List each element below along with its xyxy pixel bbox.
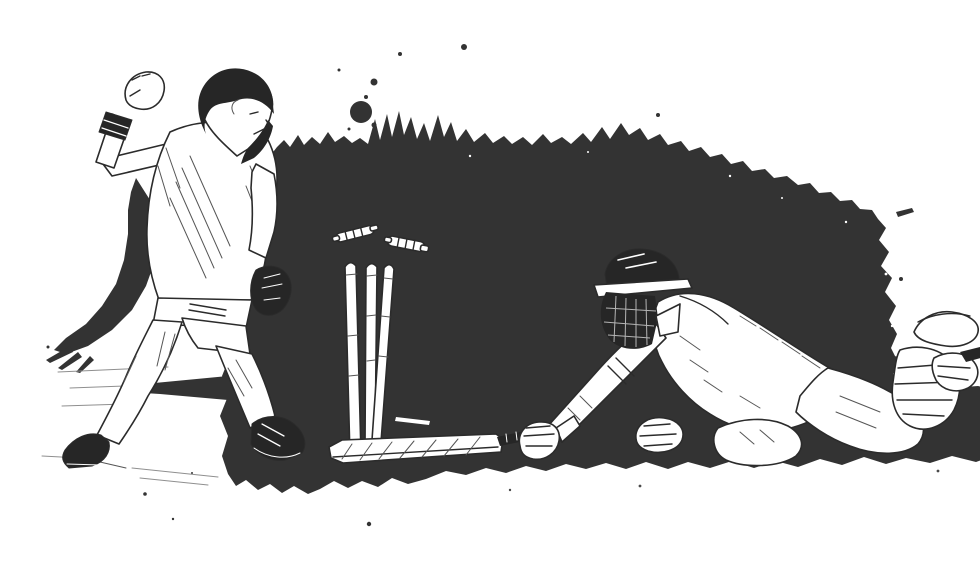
splatter-dot: [367, 522, 371, 526]
splatter-dot: [348, 128, 351, 131]
ground-line: [132, 468, 218, 477]
splatter-dot: [47, 346, 50, 349]
bail-spigot: [370, 225, 379, 232]
white-speck: [885, 273, 888, 276]
white-speck: [845, 221, 847, 223]
white-speck: [587, 151, 589, 153]
splatter-dot: [656, 113, 660, 117]
splatter-dot: [172, 518, 174, 520]
bail-spigot: [332, 235, 340, 242]
splatter-dot: [350, 101, 372, 123]
cricket-illustration: Black-and-white hand-drawn ink sketch of…: [40, 16, 980, 567]
white-speck: [891, 325, 893, 327]
bowler-fist: [125, 72, 164, 109]
white-speck: [729, 175, 731, 177]
batsman-raised-shoe: [914, 312, 978, 347]
dry-brush-streak: [896, 208, 914, 217]
splatter-dot: [191, 472, 193, 474]
splatter-dot: [899, 277, 903, 281]
ground-line: [100, 462, 126, 468]
splatter-dot: [338, 69, 341, 72]
white-speck: [469, 155, 471, 157]
ground-line: [140, 478, 208, 485]
splatter-dot: [372, 123, 377, 128]
gray-speck: [509, 489, 511, 491]
gray-speck: [639, 485, 642, 488]
splatter-dot: [143, 492, 147, 496]
splatter-dot: [398, 52, 402, 56]
bail-spigot: [420, 245, 429, 252]
splatter-dot: [371, 79, 378, 86]
gray-speck: [937, 470, 940, 473]
ink-brush-wedge: [54, 178, 158, 354]
splatter-dot: [364, 95, 368, 99]
white-speck: [781, 197, 783, 199]
illustration-canvas: [40, 16, 980, 567]
batsman-front-knee: [714, 419, 802, 465]
bail-spigot: [384, 237, 392, 243]
splatter-dot: [461, 44, 467, 50]
bowler-figure: [63, 68, 305, 468]
